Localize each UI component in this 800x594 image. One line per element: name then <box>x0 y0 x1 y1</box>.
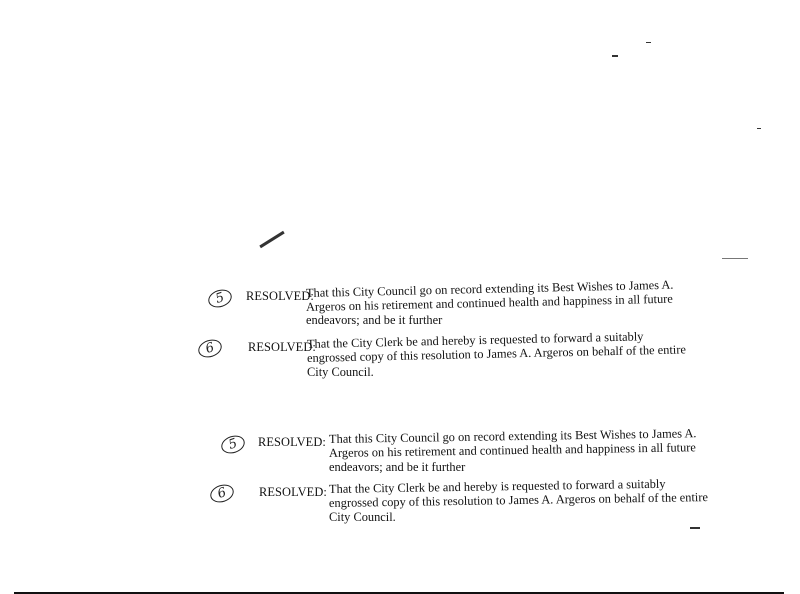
scan-artifact <box>722 258 748 259</box>
resolution-line: City Council. <box>307 366 374 380</box>
resolved-label: RESOLVED: <box>248 341 316 355</box>
scan-artifact <box>690 527 700 529</box>
resolved-label: RESOLVED: <box>258 436 326 450</box>
resolution-line: City Council. <box>329 511 396 525</box>
handwritten-number-6: 6 <box>208 482 236 506</box>
handwritten-number-6: 6 <box>196 337 224 361</box>
scan-artifact <box>259 231 284 248</box>
scan-artifact <box>646 42 651 43</box>
resolution-line: endeavors; and be it further <box>306 314 442 328</box>
resolution-line: endeavors; and be it further <box>329 461 465 475</box>
scan-artifact <box>612 55 618 57</box>
handwritten-number-5: 5 <box>219 433 247 457</box>
resolution-line: Argeros on his retirement and continued … <box>329 441 696 460</box>
scan-artifact <box>757 128 761 129</box>
resolved-label: RESOLVED: <box>246 290 314 304</box>
handwritten-number-5: 5 <box>206 287 234 311</box>
resolved-label: RESOLVED: <box>259 486 327 500</box>
